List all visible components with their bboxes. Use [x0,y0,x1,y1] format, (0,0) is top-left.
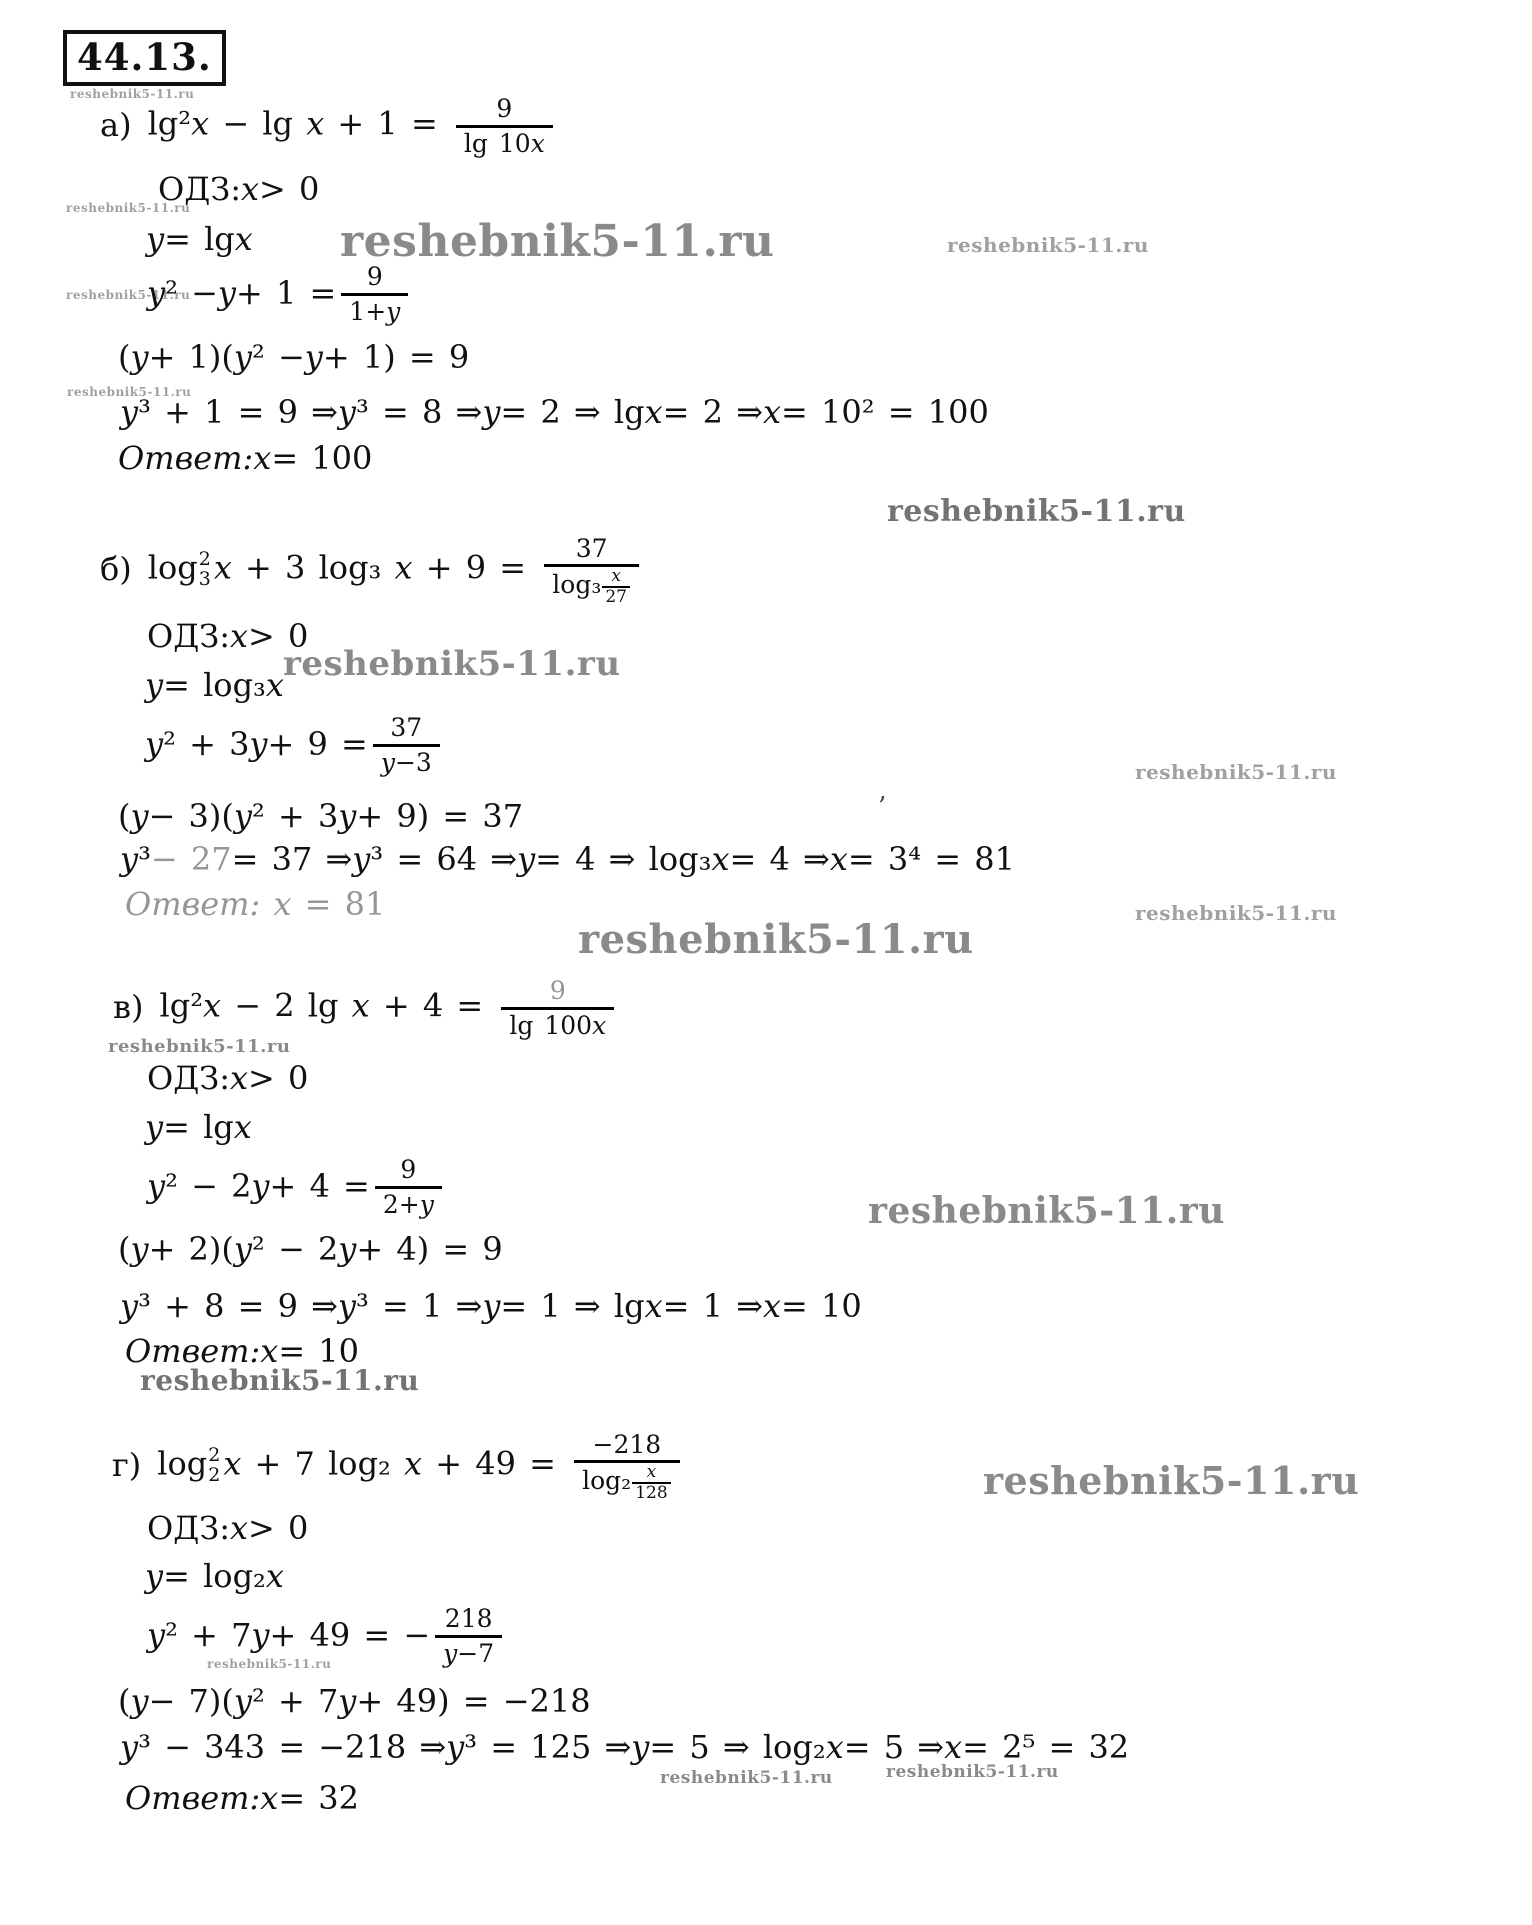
equation-header-row: б) log23x + 3 log₃ x + 9 = 37log₃x27 [100,524,644,616]
quadratic-fraction-line: y² − 2y + 4 = 92+y [147,1150,447,1224]
substitution-line: y = lg x [146,220,253,260]
answer-line: Ответ: x = 10 [125,1331,359,1373]
watermark: reshebnik5-11.ru [868,1190,1225,1232]
quadratic-fraction-line: y² + 7y + 49 = −218y−7 [147,1598,507,1674]
answer-line: Ответ: x = 100 [118,438,372,480]
quadratic-fraction-line: y² + 3y + 9 = 37y−3 [145,708,445,782]
solution-page: 44.13. reshebnik5-11.ru reshebnik5-11.ru… [0,0,1532,1925]
part-equation: log23x + 3 log₃ x + 9 = 37log₃x27 [148,533,644,607]
watermark: reshebnik5-11.ru [1135,901,1337,925]
part-equation: lg²x − 2 lg x + 4 = 9lg 100x [160,975,620,1041]
implication-chain-line: y³ + 1 = 9 ⇒ y³ = 8 ⇒ y = 2 ⇒ lg x = 2 ⇒… [120,392,989,434]
watermark: reshebnik5-11.ru [947,233,1149,257]
part-equation: log22x + 7 log₂ x + 49 = −218log₂x128 [157,1429,684,1503]
part-label: а) [100,108,132,143]
part-label: б) [100,552,132,587]
problem-number-box: 44.13. [63,30,226,86]
odz-line: ОДЗ: x > 0 [147,618,308,656]
watermark: reshebnik5-11.ru [983,1458,1359,1503]
substitution-line: y = log₂ x [145,1556,284,1598]
watermark: reshebnik5-11.ru [283,644,621,684]
implication-chain-line: y³ − 343 = −218 ⇒ y³ = 125 ⇒ y = 5 ⇒ log… [120,1726,1129,1770]
factored-line: (y + 1)(y² − y + 1) = 9 [118,336,469,380]
implication-chain-line: y³ − 27 = 37 ⇒ y³ = 64 ⇒ y = 4 ⇒ log₃ x … [120,838,1015,882]
answer-line: Ответ: x = 32 [125,1778,359,1820]
watermark: reshebnik5-11.ru [887,494,1186,529]
part-equation: lg²x − lg x + 1 = 9lg 10x [148,93,558,159]
equation-header-row: г) log22x + 7 log₂ x + 49 = −218log₂x128 [112,1422,685,1510]
quadratic-fraction-line: y² − y + 1 = 91+y [147,258,413,330]
equation-header-row: в) lg²x − 2 lg x + 4 = 9lg 100x [113,968,619,1048]
odz-line: ОДЗ: x > 0 [147,1510,308,1548]
watermark: reshebnik5-11.ru [660,1768,833,1788]
factored-line: (y − 3)(y² + 3y + 9) = 37 [118,795,523,839]
odz-line: ОДЗ: x > 0 [158,172,319,208]
part-label: в) [113,990,144,1025]
factored-line: (y + 2)(y² − 2y + 4) = 9 [118,1228,503,1272]
implication-chain-line: y³ + 8 = 9 ⇒ y³ = 1 ⇒ y = 1 ⇒ lg x = 1 ⇒… [120,1286,862,1328]
equation-header-row: а) lg²x − lg x + 1 = 9lg 10x [100,88,558,164]
odz-line: ОДЗ: x > 0 [147,1060,308,1098]
watermark: reshebnik5-11.ru [1135,760,1337,784]
substitution-line: y = lg x [145,1108,252,1148]
substitution-line: y = log₃ x [145,666,284,706]
watermark: reshebnik5-11.ru [578,916,974,963]
part-label: г) [112,1448,141,1483]
stray-mark: ’ [878,792,886,822]
answer-line: Ответ: x = 81 [125,885,385,925]
factored-line: (y − 7)(y² + 7y + 49) = −218 [118,1680,591,1724]
